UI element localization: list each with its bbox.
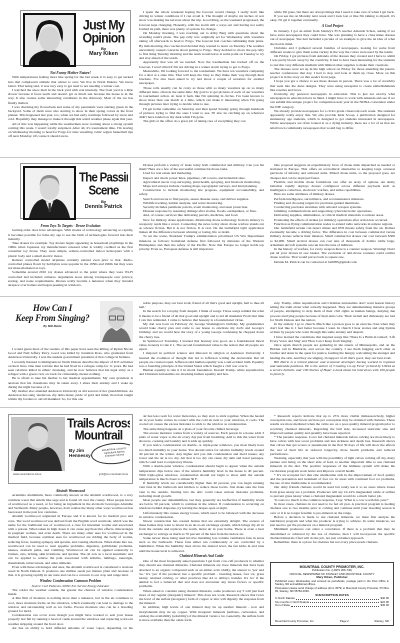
body-paragraph: With temperatures feeling more like spri… <box>8 75 133 88</box>
body-paragraph: I hope you got a chance to see these dre… <box>270 79 395 92</box>
body-paragraph: My dad was born on February 22, George W… <box>139 322 264 339</box>
body-paragraph: Take drones for example. Toy drones bega… <box>8 241 133 258</box>
section-divider <box>0 407 400 408</box>
body-paragraph: Even with these advantages and uses, the… <box>8 565 133 578</box>
body-paragraph: Most people use dehumidifiers, but they … <box>139 498 264 511</box>
seal-line3: Extension Service <box>105 454 124 458</box>
body-paragraph: Chelated Minerals And Cattle <box>139 554 264 558</box>
dennis-patrick-portrait-photo <box>23 166 76 220</box>
subscription-rates-list: In North Dakota $40.00 Six months in Nor… <box>275 597 389 608</box>
body-paragraph: Remote controlled model airplanes certai… <box>8 258 133 271</box>
keep-from-singing-section: How Can I Keep From Singing? By Bill Pat… <box>8 301 395 402</box>
body-paragraph: If you notice condensation on double- or… <box>139 443 264 464</box>
masthead-footer-left: Mountrail County Promoter, Inc. <box>275 619 314 623</box>
body-paragraph: In addition, high levels of one mineral … <box>139 605 264 622</box>
body-paragraph: He is afraid to take his mother to her m… <box>8 376 133 389</box>
body-paragraph: Air has an ability to hold different amo… <box>8 626 133 630</box>
opinion-col1-text: Not Funny Mother Nature!With temperature… <box>8 69 133 138</box>
body-paragraph: Construction to include monitoring site … <box>139 188 264 196</box>
passing-title-block: The Passing Scene By Dennis Patrick <box>79 166 128 216</box>
body-paragraph: Unfortunately this causes energy losses,… <box>139 511 264 519</box>
body-paragraph: Remember, there is a place for chelates … <box>270 540 395 544</box>
singing-column-1: How Can I Keep From Singing? By Bill Pat… <box>8 301 133 402</box>
trails-title-line2: Mountrail <box>67 429 130 443</box>
passing-title-line1: The Passing <box>79 172 128 186</box>
trails-title-block: Trails Across Mountrail By Jim Hennessy … <box>67 417 130 471</box>
trails-byline: By Jim Hennessy <box>69 449 91 459</box>
passing-scene-section: The Passing Scene By Dennis Patrick From… <box>8 163 395 291</box>
rate-label: Out of State <box>275 604 290 608</box>
trails-col1-text: Absinth WormwoodArtemisia absinthium, mo… <box>8 487 133 630</box>
body-paragraph: On Friday, I got pictures from Amanda of… <box>270 54 395 67</box>
passing-col2-text: Drones perform a variety of tasks today … <box>139 163 264 251</box>
singing-col1-text: I would guess most of the readers of thi… <box>8 347 133 402</box>
opinion-title-line2: Opinion <box>79 31 128 45</box>
singing-title-block: How Can I Keep From Singing? By Bill Pat… <box>8 301 97 345</box>
body-paragraph: In the history of warfare, for every wea… <box>270 247 395 260</box>
body-paragraph: From Toys To Targets - Drone Evolution <box>8 224 133 228</box>
just-my-opinion-section: Just My Opinion By Mary Kiken Not Funny … <box>8 10 395 155</box>
masthead-footer-right: Stanley, ND <box>374 619 389 623</box>
body-paragraph: When asked to consider using chelated mi… <box>139 589 264 606</box>
body-paragraph: Weaning, especially that year with the p… <box>270 456 395 473</box>
body-paragraph: Bill Patrie is a retired planner and eco… <box>270 360 395 377</box>
body-paragraph: Absinth wormwood originated in Europe an… <box>8 514 133 564</box>
masthead-footer-row: Mountrail County Promoter, Inc. Page 2 S… <box>275 618 389 624</box>
body-paragraph: I'll get home sometime on Saturday and t… <box>139 107 264 120</box>
opinion-author: Mary Kiken <box>79 51 128 57</box>
opinion-column-3: while I'm gone, but there are always thi… <box>270 10 395 155</box>
body-paragraph: Human equality is rule # 2 in moral foun… <box>139 368 264 376</box>
newspaper-masthead-box: MOUNTRAIL COUNTY PROMOTER, INC. Publicat… <box>270 562 394 626</box>
trails-header: Trails Across Mountrail By Jim Hennessy … <box>8 414 133 484</box>
passing-scene-header: The Passing Scene By Dennis Patrick <box>20 163 131 219</box>
body-paragraph: I watched the snow melt in the back yard… <box>8 88 133 105</box>
body-paragraph: Apparently that was all we needed. Now t… <box>139 60 264 68</box>
body-paragraph: Our dairy friends chelates would be used… <box>270 485 395 498</box>
body-paragraph: I was checking my flowerbeds and some of… <box>8 105 133 122</box>
body-paragraph: A Cool Project <box>270 24 395 28</box>
body-paragraph: With a double-pane window, condensation … <box>139 464 264 481</box>
section-divider <box>0 296 400 297</box>
body-paragraph: The colder the weather outside, the grea… <box>8 588 133 596</box>
body-paragraph: One proposal suggests an expeditionary f… <box>270 163 395 180</box>
masthead-publisher: Mary Kiken, Publisher <box>275 576 389 580</box>
body-paragraph: Christina and I gathered several bundles… <box>270 46 395 54</box>
body-paragraph: I have learned the conditions that inspi… <box>270 335 395 343</box>
body-paragraph: * Research reports indicate that up to 2… <box>270 414 395 435</box>
rate-dot-leader <box>310 602 379 603</box>
body-paragraph: I spent the whole weekend hoping the for… <box>139 10 264 31</box>
trails-column-3: * Research reports indicate that up to 2… <box>270 414 395 630</box>
body-paragraph: Absinth Wormwood <box>8 489 133 493</box>
body-paragraph: The dresses were set up in the high scho… <box>270 67 395 80</box>
opinion-col2-text: I spent the whole weekend hoping the for… <box>139 10 264 123</box>
opinion-title-block: Just My Opinion By Mary Kiken <box>79 13 128 63</box>
singing-column-3: esty. Trump, white supremacists and Chri… <box>270 301 395 402</box>
trails-col2-text: air has less room for water molecules, s… <box>139 414 264 622</box>
passing-col1-text: From Toys To Targets - Drone EvolutionGe… <box>8 222 133 287</box>
body-paragraph: In my anxiety I go to church. Much like … <box>270 322 395 335</box>
singing-title-line2: Keep From Singing? <box>8 314 97 324</box>
trails-website: www.mountrail.co.nd.us <box>13 473 41 476</box>
body-paragraph: * The parasite response. Cows fed chelat… <box>270 435 395 456</box>
body-paragraph: Drones perform a variety of tasks today … <box>139 163 264 171</box>
passing-title-line2: Scene <box>79 184 128 198</box>
body-paragraph: If you see me on Monday next week and I … <box>270 14 395 22</box>
body-paragraph: Ironically, my personal newspapers in ed… <box>270 92 395 109</box>
masthead-publication-info: Published every Wednesday and entered as… <box>275 580 389 586</box>
body-paragraph: Before a decision is made to use chelate… <box>270 515 395 528</box>
section-divider <box>0 157 400 158</box>
body-paragraph: On Monday morning, I was reaching out to… <box>139 31 264 60</box>
trails-contact-row: www.mountrail.co.nd.us jmh@co.mountrail.… <box>11 473 130 476</box>
passing-column-3: One proposal suggests an expeditionary f… <box>270 163 395 291</box>
body-paragraph: All of this was happening while the weat… <box>8 122 133 139</box>
body-paragraph: Artemisia absinthium, more commonly know… <box>8 493 133 514</box>
body-paragraph: Our battlefield terrain can detect mines… <box>270 226 395 247</box>
body-paragraph: I would guess most of the readers of thi… <box>8 347 133 360</box>
body-paragraph: Dennis M. Patrick can be contacted at ba… <box>270 260 395 264</box>
body-paragraph: Now for military drone applications. Mon… <box>139 218 264 235</box>
trails-col3-text: * Research reports indicate that up to 2… <box>270 414 395 558</box>
body-paragraph: Meanwhile, I'm looking forward to the to… <box>139 69 264 86</box>
trails-column-2: air has less room for water molecules, s… <box>139 414 264 630</box>
body-paragraph: Once again church people are gathering i… <box>270 343 395 360</box>
passing-author: Dennis Patrick <box>79 204 128 210</box>
passing-column-2: Drones perform a variety of tasks today … <box>139 163 264 291</box>
passing-col3-text: One proposal suggests an expeditionary f… <box>270 163 395 264</box>
body-paragraph: I majored in political science and minor… <box>139 351 264 368</box>
opinion-col3-text: while I'm gone, but there are always thi… <box>270 10 395 130</box>
masthead-page-number: Page 2 <box>340 619 349 623</box>
body-paragraph: I recently listened to immigrants in Nor… <box>8 360 133 377</box>
opinion-column-2: I spent the whole weekend hoping the for… <box>139 10 264 155</box>
rate-dot-leader <box>291 606 380 607</box>
mary-kiken-portrait-photo <box>23 13 76 67</box>
body-paragraph: Sometime around 2010 toy drones advanced… <box>8 270 133 287</box>
body-paragraph: To set the scene, President Trump's admi… <box>139 234 264 251</box>
body-paragraph: In Spiritwood Township, I learned that h… <box>139 339 264 352</box>
body-paragraph: esty. Trump, white supremacists and Chri… <box>270 301 395 322</box>
singing-col2-text: noble purpose, may our best avail, frien… <box>139 301 264 377</box>
body-paragraph: In most cases, chelates do not need to b… <box>270 502 395 515</box>
body-paragraph: Not Funny Mother Nature! <box>8 71 133 75</box>
rate-value: $45.00 <box>380 604 389 608</box>
singing-column-2: noble purpose, may our best avail, frien… <box>139 301 264 402</box>
body-paragraph: The excess moisture comes from a variety… <box>139 431 264 444</box>
body-paragraph: Minimum producers can attest a correlati… <box>270 527 395 540</box>
body-paragraph: * It's an accepted fact that zinc methio… <box>270 473 395 486</box>
body-paragraph: Newer construction has created homes tha… <box>139 519 264 536</box>
body-paragraph: noble purpose, may our best avail, frien… <box>139 301 264 309</box>
body-paragraph: One of the most frequently asked questio… <box>139 559 264 588</box>
trails-email: jmh@co.mountrail.nd.us <box>99 473 128 476</box>
subscription-rate-row: Out of State $45.00 <box>275 604 389 608</box>
singing-byline: By Bill Patrie <box>8 324 97 328</box>
body-paragraph: Condensation can occur even though you m… <box>8 613 133 626</box>
just-my-opinion-header: Just My Opinion By Mary Kiken <box>20 10 131 66</box>
masthead-postmaster-note: Postmaster please send change of address… <box>275 587 389 593</box>
body-paragraph: We already provide newspapers for a civi… <box>270 109 395 130</box>
singing-col3-text: esty. Trump, white supremacists and Chri… <box>270 301 395 377</box>
trails-across-mountrail-section: Trails Across Mountrail By Jim Hennessy … <box>8 414 395 630</box>
body-paragraph: Getting older does have advantages. With… <box>8 228 133 241</box>
body-paragraph: The girls at the office do a great job o… <box>139 119 264 123</box>
jim-hennessy-portrait-photo <box>11 417 65 471</box>
body-paragraph: A thin film of moisture is nothing more … <box>8 596 133 613</box>
body-paragraph: Window Condensation Common Problem <box>8 579 133 583</box>
bill-patrie-portrait-photo <box>100 301 133 342</box>
body-paragraph: If humidity levels are considerably high… <box>139 481 264 498</box>
body-paragraph: My mother also attended Anderson Univers… <box>8 389 133 402</box>
opinion-column-1: Just My Opinion By Mary Kiken Not Funny … <box>8 10 133 155</box>
body-paragraph: Some newer ideas being used involve inst… <box>139 536 264 553</box>
trails-by-line2: Hennessy <box>69 454 91 459</box>
passing-column-1: The Passing Scene By Dennis Patrick From… <box>8 163 133 291</box>
singing-header: How Can I Keep From Singing? By Bill Pat… <box>8 301 133 345</box>
body-paragraph: In January, I got an email from Stanley'… <box>270 29 395 46</box>
trails-column-1: Trails Across Mountrail By Jim Hennessy … <box>8 414 133 630</box>
body-paragraph: Those rolls usually can be crazy as thos… <box>139 86 264 107</box>
body-paragraph: air has less room for water molecules, s… <box>139 414 264 427</box>
mountrail-county-seal: MOUNTRAIL COUNTY Agricultural Agency Ext… <box>90 441 130 466</box>
body-paragraph: Flexible and mobile drone formations can… <box>270 180 395 193</box>
body-paragraph: In the search for a trophy from despair,… <box>139 309 264 322</box>
